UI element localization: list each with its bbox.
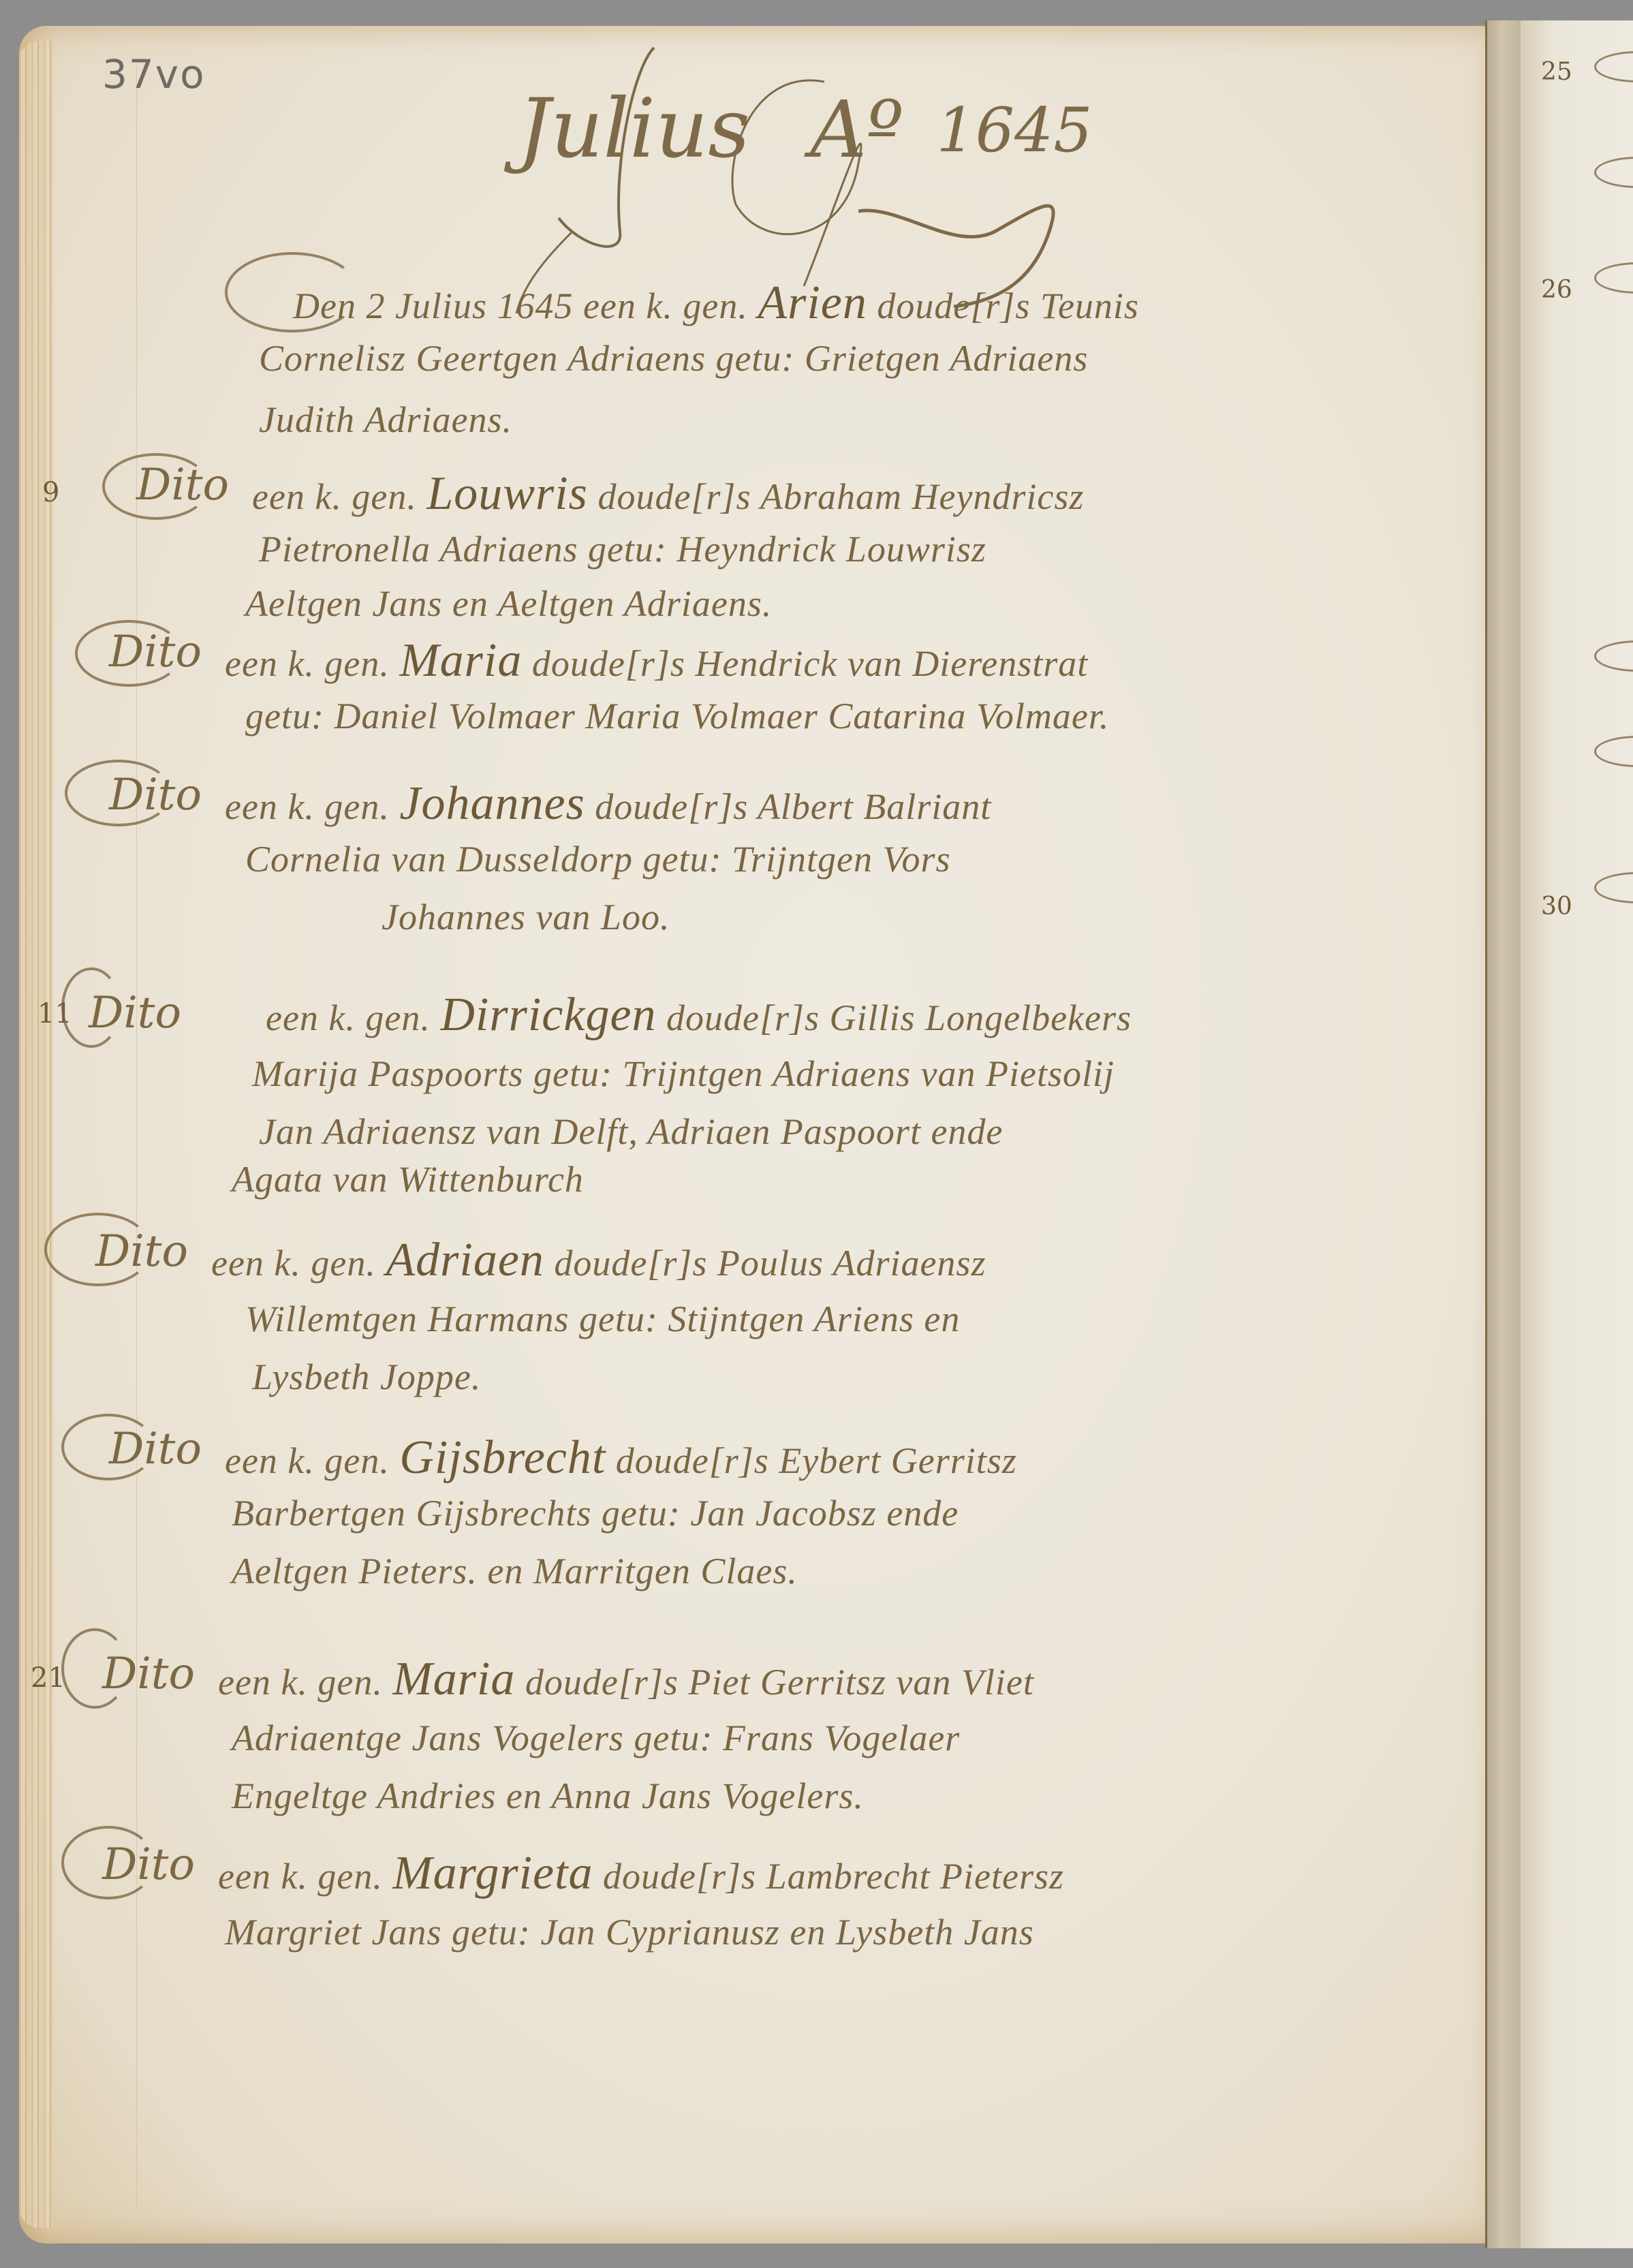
entry-line: een k. gen. Maria doude[r]s Hendrick van…	[225, 634, 1088, 688]
entry-line: Den 2 Julius 1645 een k. gen. Arien doud…	[293, 276, 1139, 330]
title-year: 1645	[936, 95, 1092, 166]
dito-label: Dito	[95, 1226, 188, 1277]
child-name: Maria	[399, 634, 522, 687]
facing-page-number: 25	[1541, 58, 1572, 86]
dito-label: Dito	[89, 988, 181, 1038]
dito-label: Dito	[102, 1649, 195, 1699]
entry-line: Marija Paspoorts getu: Trijntgen Adriaen…	[252, 1053, 1115, 1095]
entry-line: Pietronella Adriaens getu: Heyndrick Lou…	[259, 528, 986, 570]
entry-line: Margriet Jans getu: Jan Cyprianusz en Ly…	[225, 1911, 1034, 1953]
child-name: Arien	[758, 277, 867, 329]
entry-line: getu: Daniel Volmaer Maria Volmaer Catar…	[245, 695, 1109, 737]
entry-line: een k. gen. Louwris doude[r]s Abraham He…	[252, 467, 1084, 521]
entry-line: Lysbeth Joppe.	[252, 1356, 481, 1398]
dito-label: Dito	[109, 770, 202, 820]
book-gutter	[1485, 20, 1525, 2248]
entry-line: Adriaentge Jans Vogelers getu: Frans Vog…	[232, 1717, 960, 1759]
entry-line: een k. gen. Maria doude[r]s Piet Gerrits…	[218, 1652, 1034, 1707]
child-name: Adriaen	[386, 1234, 544, 1286]
entry-line: een k. gen. Margrieta doude[r]s Lambrech…	[218, 1846, 1064, 1901]
page-title: Julius Aº 1645	[518, 82, 1093, 176]
dito-label: Dito	[102, 1839, 195, 1890]
folio-number: 37vo	[102, 51, 206, 97]
entry-line: Johannes van Loo.	[382, 896, 670, 938]
facing-page-number: 26	[1541, 276, 1572, 304]
entry-line: Jan Adriaensz van Delft, Adriaen Paspoor…	[259, 1110, 1003, 1153]
dito-label: Dito	[136, 460, 229, 510]
entry-line: een k. gen. Dirrickgen doude[r]s Gillis …	[266, 988, 1132, 1042]
child-name: Margrieta	[392, 1847, 593, 1899]
dito-label: Dito	[109, 1424, 202, 1474]
day-number: 9	[42, 477, 59, 508]
day-number: 21	[31, 1662, 65, 1694]
entry-line: Engeltge Andries en Anna Jans Vogelers.	[232, 1775, 864, 1817]
child-name: Dirrickgen	[440, 989, 656, 1041]
entry-line: Judith Adriaens.	[259, 399, 512, 441]
facing-page-number: 30	[1541, 892, 1572, 920]
child-name: Louwris	[426, 467, 588, 520]
entry-line: Willemtgen Harmans getu: Stijntgen Arien…	[245, 1298, 960, 1340]
entry-line: een k. gen. Gijsbrecht doude[r]s Eybert …	[225, 1431, 1017, 1485]
entry-line: een k. gen. Adriaen doude[r]s Poulus Adr…	[211, 1233, 986, 1288]
entry-line: een k. gen. Johannes doude[r]s Albert Ba…	[225, 777, 991, 831]
child-name: Maria	[392, 1653, 515, 1705]
page-edge-stack	[19, 41, 53, 2228]
title-month: Julius	[518, 82, 750, 176]
entry-line: Cornelisz Geertgen Adriaens getu: Grietg…	[259, 337, 1088, 379]
child-name: Gijsbrecht	[399, 1431, 606, 1484]
dito-label: Dito	[109, 627, 202, 677]
title-anno: Aº	[810, 84, 903, 176]
entry-line: Agata van Wittenburch	[232, 1158, 584, 1200]
entry-line: Aeltgen Jans en Aeltgen Adriaens.	[245, 582, 772, 625]
child-name: Johannes	[399, 777, 585, 830]
entry-line: Cornelia van Dusseldorp getu: Trijntgen …	[245, 838, 951, 880]
entry-line: Aeltgen Pieters. en Marritgen Claes.	[232, 1550, 798, 1592]
facing-page-edge	[1521, 20, 1633, 2248]
entry-line: Barbertgen Gijsbrechts getu: Jan Jacobsz…	[232, 1492, 959, 1534]
